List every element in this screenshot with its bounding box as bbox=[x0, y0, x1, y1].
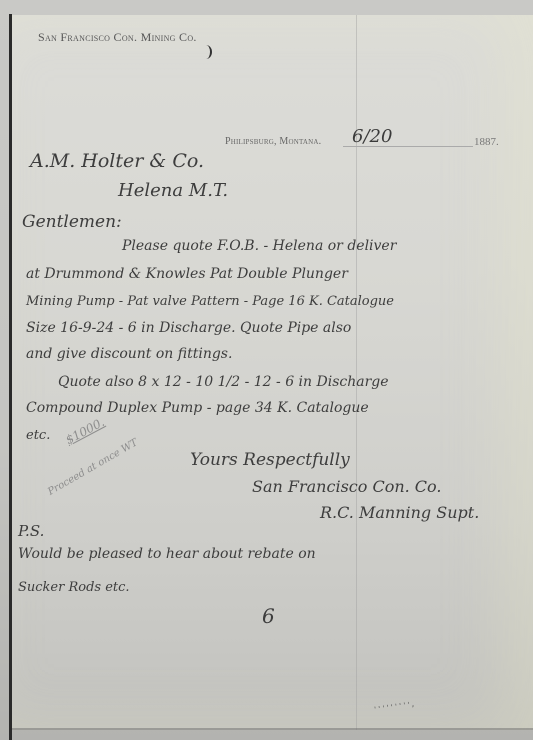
body-line-2: at Drummond & Knowles Pat Double Plunger bbox=[26, 266, 348, 282]
fold-crease-horizontal bbox=[12, 728, 533, 730]
salutation: Gentlemen: bbox=[22, 212, 122, 232]
page-number: 6 bbox=[262, 604, 275, 628]
fold-crease-vertical bbox=[356, 15, 357, 730]
letterhead-company: San Francisco Con. Mining Co. bbox=[38, 30, 197, 45]
handwritten-date: 6/20 bbox=[352, 126, 392, 147]
body-line-1: Please quote F.O.B. - Helena or deliver bbox=[122, 238, 396, 254]
postscript-line-2: Sucker Rods etc. bbox=[18, 580, 130, 595]
addressee-city: Helena M.T. bbox=[118, 180, 228, 201]
letterhead-year: 1887. bbox=[474, 136, 499, 148]
body-line-7: Compound Duplex Pump - page 34 K. Catalo… bbox=[26, 400, 369, 416]
body-line-8: etc. bbox=[26, 428, 50, 443]
body-line-3: Mining Pump - Pat valve Pattern - Page 1… bbox=[26, 294, 394, 309]
postscript-label: P.S. bbox=[18, 522, 44, 540]
valediction: Yours Respectfully bbox=[190, 450, 350, 470]
body-line-4: Size 16-9-24 - 6 in Discharge. Quote Pip… bbox=[26, 320, 351, 336]
letterhead-place: Philipsburg, Montana. bbox=[225, 136, 321, 147]
body-line-5: and give discount on fittings. bbox=[26, 346, 232, 362]
body-line-6: Quote also 8 x 12 - 10 1/2 - 12 - 6 in D… bbox=[58, 374, 389, 390]
addressee: A.M. Holter & Co. bbox=[30, 150, 204, 172]
binder-hole-mark bbox=[200, 45, 212, 59]
closing-company: San Francisco Con. Co. bbox=[252, 477, 441, 496]
signature: R.C. Manning Supt. bbox=[320, 503, 479, 522]
postscript-line-1: Would be pleased to hear about rebate on bbox=[18, 546, 316, 562]
